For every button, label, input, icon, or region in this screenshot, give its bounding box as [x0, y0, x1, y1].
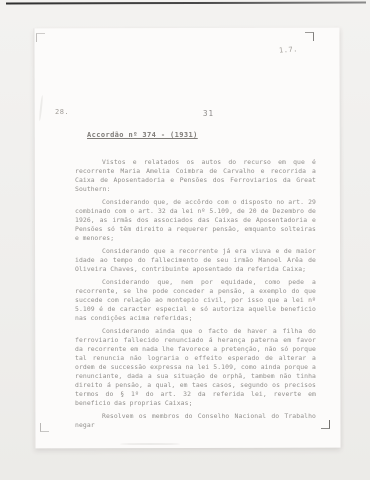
page-number: 31: [203, 109, 214, 118]
document-paragraph: Considerando ainda que o facto de haver …: [75, 327, 316, 408]
document-paragraph: Resolvem os membros do Conselho Nacional…: [75, 412, 316, 430]
corner-mark-bottom-right: [321, 420, 330, 429]
document-paragraph: Vistos e relatados os autos do recurso e…: [75, 158, 316, 194]
document-paragraph: Considerando que, nem por equidade, como…: [75, 278, 316, 323]
corner-mark-bottom-left: [40, 423, 49, 432]
corner-mark-top-left: [36, 33, 45, 42]
scanned-document: 1.7. 28. 31 Accordão nº 374 - (1931) Vis…: [0, 0, 370, 480]
document-title: Accordão nº 374 - (1931): [87, 131, 198, 139]
pencil-note-top-right: 1.7.: [279, 45, 298, 54]
paper-blemish: [120, 443, 180, 445]
document-body: Vistos e relatados os autos do recurso e…: [75, 158, 316, 434]
document-paragraph: Considerando que a recorrente já era viu…: [75, 247, 316, 274]
corner-mark-top-right: [305, 32, 314, 41]
scan-edge-line: [6, 2, 366, 5]
document-paragraph: Considerando que, de accôrdo com o dispo…: [75, 198, 316, 243]
pencil-note-left-margin: 28.: [55, 108, 69, 116]
